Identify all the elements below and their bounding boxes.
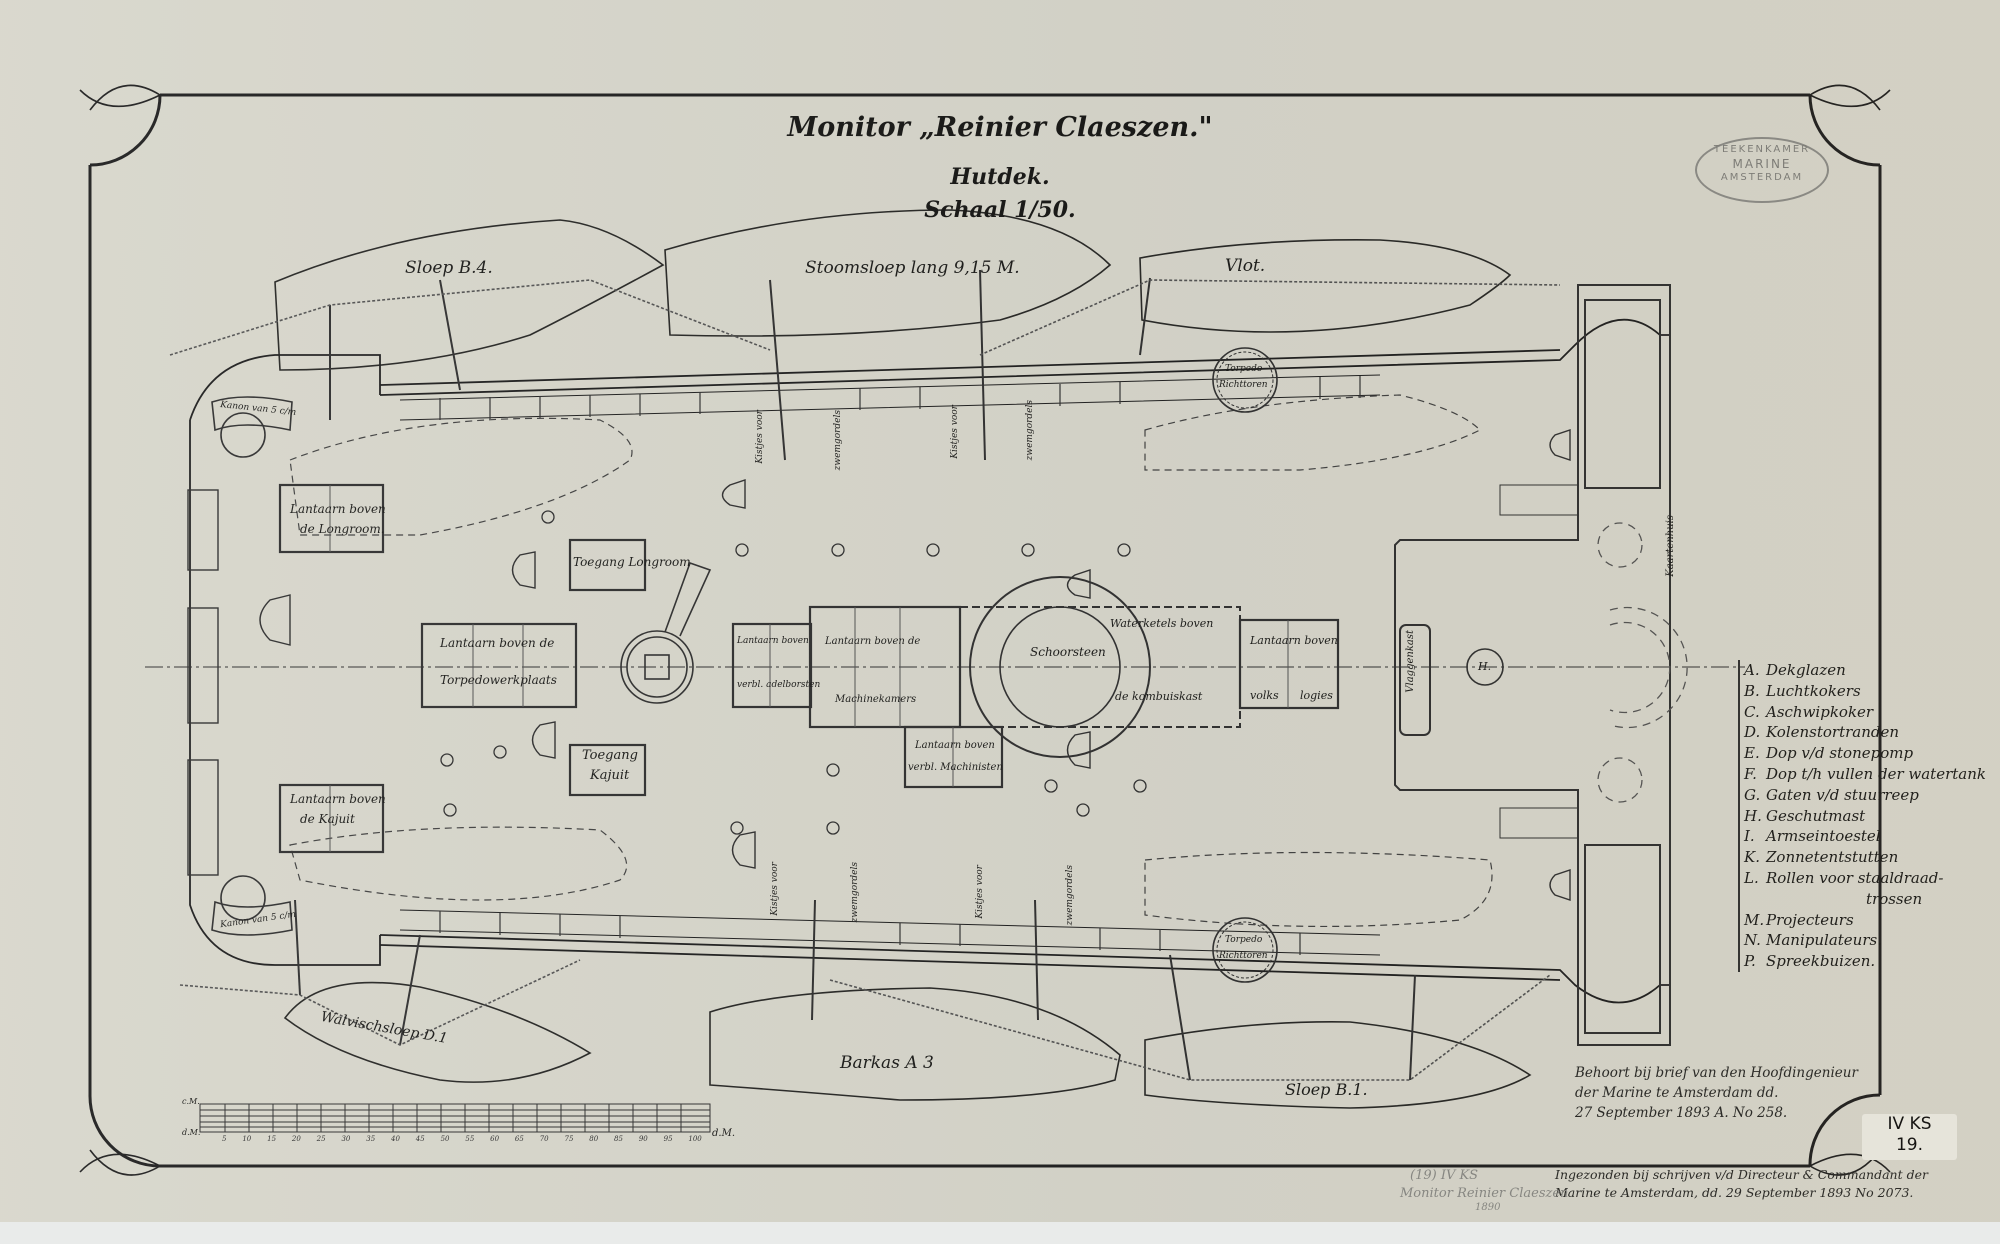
label-lantaarn-volkslogies-1: Lantaarn boven <box>1250 634 1338 647</box>
archive-tag: IV KS 19. <box>1862 1114 1957 1160</box>
legend-text: Dop t/h vullen der watertank <box>1766 764 1986 785</box>
annotation-behoort: Behoort bij brief van den Hoofdingenieur… <box>1575 1063 1858 1123</box>
label-kistjes-bottom-3: Kistjes voor <box>975 865 985 919</box>
label-schoorsteen: Schoorsteen <box>1030 645 1106 659</box>
legend-key: K. <box>1744 847 1766 868</box>
label-torpedo-top-1: Torpedo <box>1225 364 1262 374</box>
legend-row: P.Spreekbuizen. <box>1744 951 1986 972</box>
annotation-line: Behoort bij brief van den Hoofdingenieur <box>1575 1063 1858 1083</box>
scale-tick: 5 <box>222 1135 226 1143</box>
label-lantaarn-longroom-1: Lantaarn boven <box>290 502 386 516</box>
label-kistjes-top-1: Kistjes voor <box>755 410 765 464</box>
legend-text: Zonnetentstutten <box>1766 847 1898 868</box>
label-lantaarn-longroom-2: de Longroom. <box>300 522 385 536</box>
legend-row: H.Geschutmast <box>1744 806 1986 827</box>
label-lantaarn-kajuit-2: de Kajuit <box>300 812 355 826</box>
legend-row: B.Luchtkokers <box>1744 681 1986 702</box>
label-lantaarn-volkslogies-2: volks <box>1250 689 1279 702</box>
archive-tag-line: 19. <box>1862 1135 1957 1156</box>
legend-row: K.Zonnetentstutten <box>1744 847 1986 868</box>
scale-tick: 80 <box>589 1135 598 1143</box>
legend-row: G.Gaten v/d stuurreep <box>1744 785 1986 806</box>
scale-tick: 20 <box>292 1135 301 1143</box>
stamp-line-2: MARINE <box>1697 157 1827 171</box>
legend-text: Spreekbuizen. <box>1766 951 1875 972</box>
legend-row: C.Aschwipkoker <box>1744 702 1986 723</box>
drawing-title: Monitor „Reinier Claeszen." <box>0 112 2000 143</box>
scale-tick: 15 <box>267 1135 276 1143</box>
boat-label-sloep-b1: Sloep B.1. <box>1285 1080 1368 1099</box>
label-lantaarn-volkslogies-3: logies <box>1300 689 1333 702</box>
legend-text: Gaten v/d stuurreep <box>1766 785 1919 806</box>
boat-label-stoomsloep: Stoomsloep lang 9,15 M. <box>805 258 1020 278</box>
annotation-line: Marine te Amsterdam, dd. 29 September 18… <box>1555 1184 1928 1202</box>
legend-text: Luchtkokers <box>1766 681 1861 702</box>
annotation-line: der Marine te Amsterdam dd. <box>1575 1083 1858 1103</box>
scale-tick: 75 <box>564 1135 573 1143</box>
scale-bar-dm-label: d.M. <box>182 1128 200 1137</box>
legend: A.Dekglazen B.Luchtkokers C.Aschwipkoker… <box>1738 660 1986 972</box>
label-kaartenhuis: Kaartenhuis <box>1665 515 1676 577</box>
label-torpedo-top-2: Richttoren <box>1219 380 1268 390</box>
scale-tick: 95 <box>664 1135 673 1143</box>
label-torpedo-bottom-1: Torpedo <box>1225 935 1262 945</box>
legend-row: N.Manipulateurs. <box>1744 930 1986 951</box>
label-kistjes-bottom-2: zwemgordels <box>850 862 860 922</box>
annotation-line: Ingezonden bij schrijven v/d Directeur &… <box>1555 1166 1928 1184</box>
legend-text: Geschutmast <box>1766 806 1865 827</box>
scale-tick: 60 <box>490 1135 499 1143</box>
legend-row: F.Dop t/h vullen der watertank <box>1744 764 1986 785</box>
scale-bar-ticks: 5101520253035404550556065707580859095100 <box>222 1135 702 1143</box>
stamp-line-3: AMSTERDAM <box>1697 171 1827 185</box>
label-lantaarn-adelborsten-1: Lantaarn boven <box>737 636 809 646</box>
annotation-line: 27 September 1893 A. No 258. <box>1575 1103 1858 1123</box>
teekenkamer-stamp: TEEKENKAMER MARINE AMSTERDAM <box>1695 137 1829 203</box>
scale-tick: 25 <box>317 1135 326 1143</box>
legend-key: E. <box>1744 743 1766 764</box>
legend-key: F. <box>1744 764 1766 785</box>
label-lantaarn-machinekamer-2: Machinekamers <box>835 694 916 705</box>
legend-key: I. <box>1744 826 1766 847</box>
legend-text: Dop v/d stonepomp <box>1766 743 1913 764</box>
legend-text: Rollen voor staaldraad- <box>1766 868 1943 889</box>
scale-bar-cm-label: c.M. <box>182 1097 200 1106</box>
label-vlaggenkast: Vlaggenkast <box>1405 630 1416 693</box>
label-kistjes-bottom-4: zwemgordels <box>1065 865 1075 925</box>
legend-text: Aschwipkoker <box>1766 702 1873 723</box>
scale-tick: 10 <box>242 1135 251 1143</box>
scale-tick: 45 <box>416 1135 425 1143</box>
scale-tick: 85 <box>614 1135 623 1143</box>
legend-row: A.Dekglazen <box>1744 660 1986 681</box>
drawing-sheet: Monitor „Reinier Claeszen." Hutdek. Scha… <box>0 0 2000 1222</box>
boat-label-sloep-b4: Sloep B.4. <box>405 258 493 278</box>
annotation-ingezonden: Ingezonden bij schrijven v/d Directeur &… <box>1555 1166 1928 1202</box>
legend-text: Projecteurs <box>1766 910 1854 931</box>
scale-tick: 70 <box>540 1135 549 1143</box>
pencil-reference: (19) IV KS <box>1410 1168 1478 1183</box>
drawing-scale: Schaal 1/50. <box>0 197 2000 223</box>
legend-row: I.Armseintoestel <box>1744 826 1986 847</box>
scale-bar-dm-right-label: d.M. <box>712 1128 735 1139</box>
legend-text: Kolenstortranden <box>1766 722 1899 743</box>
scale-tick: 40 <box>391 1135 400 1143</box>
scale-tick: 55 <box>465 1135 474 1143</box>
stamp-line-1: TEEKENKAMER <box>1697 143 1827 157</box>
legend-key: C. <box>1744 702 1766 723</box>
label-kistjes-top-3: Kistjes voor <box>950 405 960 459</box>
legend-key: H. <box>1744 806 1766 827</box>
legend-key: P. <box>1744 951 1766 972</box>
legend-key <box>1844 889 1866 910</box>
label-toegang-longroom: Toegang Longroom <box>573 555 691 569</box>
legend-key: D. <box>1744 722 1766 743</box>
pencil-year: 1890 <box>1475 1202 1500 1213</box>
label-torpedo-bottom-2: Richttoren <box>1219 951 1268 961</box>
scale-tick: 65 <box>515 1135 524 1143</box>
label-lantaarn-machinekamer-1: Lantaarn boven de <box>825 636 920 647</box>
scale-tick: 90 <box>639 1135 648 1143</box>
legend-key: M. <box>1744 910 1766 931</box>
boat-label-barkas: Barkas A 3 <box>840 1053 934 1073</box>
legend-key: B. <box>1744 681 1766 702</box>
label-kistjes-bottom-1: Kistjes voor <box>770 862 780 916</box>
archive-tag-line: IV KS <box>1862 1114 1957 1135</box>
label-kistjes-top-4: zwemgordels <box>1025 400 1035 460</box>
legend-row: trossen <box>1744 889 1986 910</box>
legend-row: M.Projecteurs <box>1744 910 1986 931</box>
legend-key: G. <box>1744 785 1766 806</box>
pencil-vessel-name: Monitor Reinier Claeszen <box>1400 1186 1568 1201</box>
label-lantaarn-machinisten-2: verbl. Machinisten <box>908 762 1003 773</box>
label-kistjes-top-2: zwemgordels <box>833 410 843 470</box>
legend-text: Manipulateurs. <box>1766 930 1882 951</box>
label-lantaarn-torpedo-1: Lantaarn boven de <box>440 636 554 650</box>
legend-row: D.Kolenstortranden <box>1744 722 1986 743</box>
label-lantaarn-adelborsten-2: verbl. adelborsten <box>737 680 820 690</box>
scale-tick: 100 <box>688 1135 701 1143</box>
boat-label-vlot: Vlot. <box>1225 256 1265 276</box>
label-toegang-kajuit-2: Kajuit <box>590 768 629 783</box>
legend-text: trossen <box>1866 889 1922 910</box>
legend-row: E.Dop v/d stonepomp <box>1744 743 1986 764</box>
scale-tick: 30 <box>341 1135 350 1143</box>
label-geschutmast: H. <box>1478 660 1491 673</box>
scale-tick: 35 <box>366 1135 375 1143</box>
legend-key: L. <box>1744 868 1766 889</box>
label-waterketels-1: Waterketels boven <box>1110 617 1213 630</box>
legend-text: Armseintoestel <box>1766 826 1881 847</box>
legend-key: N. <box>1744 930 1766 951</box>
label-lantaarn-torpedo-2: Torpedowerkplaats <box>440 673 557 687</box>
label-toegang-kajuit-1: Toegang <box>582 748 638 763</box>
legend-key: A. <box>1744 660 1766 681</box>
legend-row: L.Rollen voor staaldraad- <box>1744 868 1986 889</box>
label-waterketels-2: de kombuiskast <box>1115 690 1202 703</box>
scale-tick: 50 <box>441 1135 450 1143</box>
label-lantaarn-kajuit-1: Lantaarn boven <box>290 792 386 806</box>
legend-text: Dekglazen <box>1766 660 1846 681</box>
label-lantaarn-machinisten-1: Lantaarn boven <box>915 740 995 751</box>
